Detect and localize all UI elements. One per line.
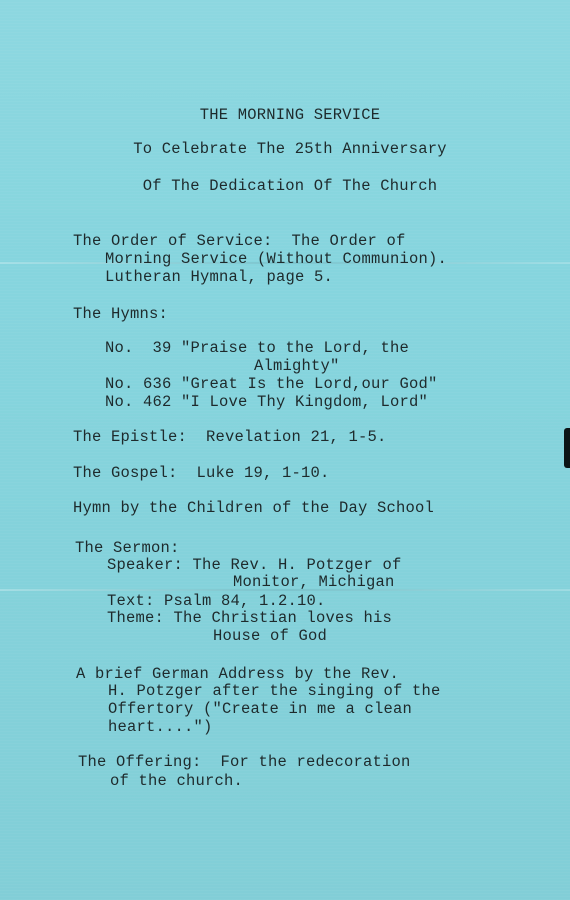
german-address-line: Offertory ("Create in me a clean xyxy=(108,700,412,718)
sermon-line: Speaker: The Rev. H. Potzger of xyxy=(107,556,402,574)
german-address-line: H. Potzger after the singing of the xyxy=(108,682,441,700)
sermon-heading: The Sermon: xyxy=(75,539,180,557)
epistle-line: The Epistle: Revelation 21, 1-5. xyxy=(73,428,387,446)
gospel-line: The Gospel: Luke 19, 1-10. xyxy=(73,464,330,482)
german-address-line: A brief German Address by the Rev. xyxy=(76,665,399,683)
hymn-line: No. 636 "Great Is the Lord,our God" xyxy=(105,375,438,393)
sermon-line: Theme: The Christian loves his xyxy=(107,609,392,627)
sermon-line: House of God xyxy=(213,627,327,645)
order-of-service-line: Morning Service (Without Communion). xyxy=(105,250,447,268)
hymn-line: No. 462 "I Love Thy Kingdom, Lord" xyxy=(105,393,428,411)
hymn-line: No. 39 "Praise to the Lord, the xyxy=(105,339,409,357)
offering-line: The Offering: For the redecoration xyxy=(78,753,411,771)
hymns-heading: The Hymns: xyxy=(73,305,168,323)
program-page: THE MORNING SERVICE To Celebrate The 25t… xyxy=(0,0,570,900)
subtitle-anniversary: To Celebrate The 25th Anniversary xyxy=(5,140,570,158)
order-of-service-line: Lutheran Hymnal, page 5. xyxy=(105,268,333,286)
document-title: THE MORNING SERVICE xyxy=(5,106,570,124)
edge-mark xyxy=(564,428,570,468)
sermon-line: Text: Psalm 84, 1.2.10. xyxy=(107,592,326,610)
german-address-line: heart....") xyxy=(108,718,213,736)
order-of-service-line: The Order of Service: The Order of xyxy=(73,232,406,250)
hymn-line: Almighty" xyxy=(254,357,340,375)
sermon-line: Monitor, Michigan xyxy=(233,573,395,591)
subtitle-dedication: Of The Dedication Of The Church xyxy=(5,177,570,195)
offering-line: of the church. xyxy=(110,772,243,790)
children-hymn-line: Hymn by the Children of the Day School xyxy=(73,499,434,517)
